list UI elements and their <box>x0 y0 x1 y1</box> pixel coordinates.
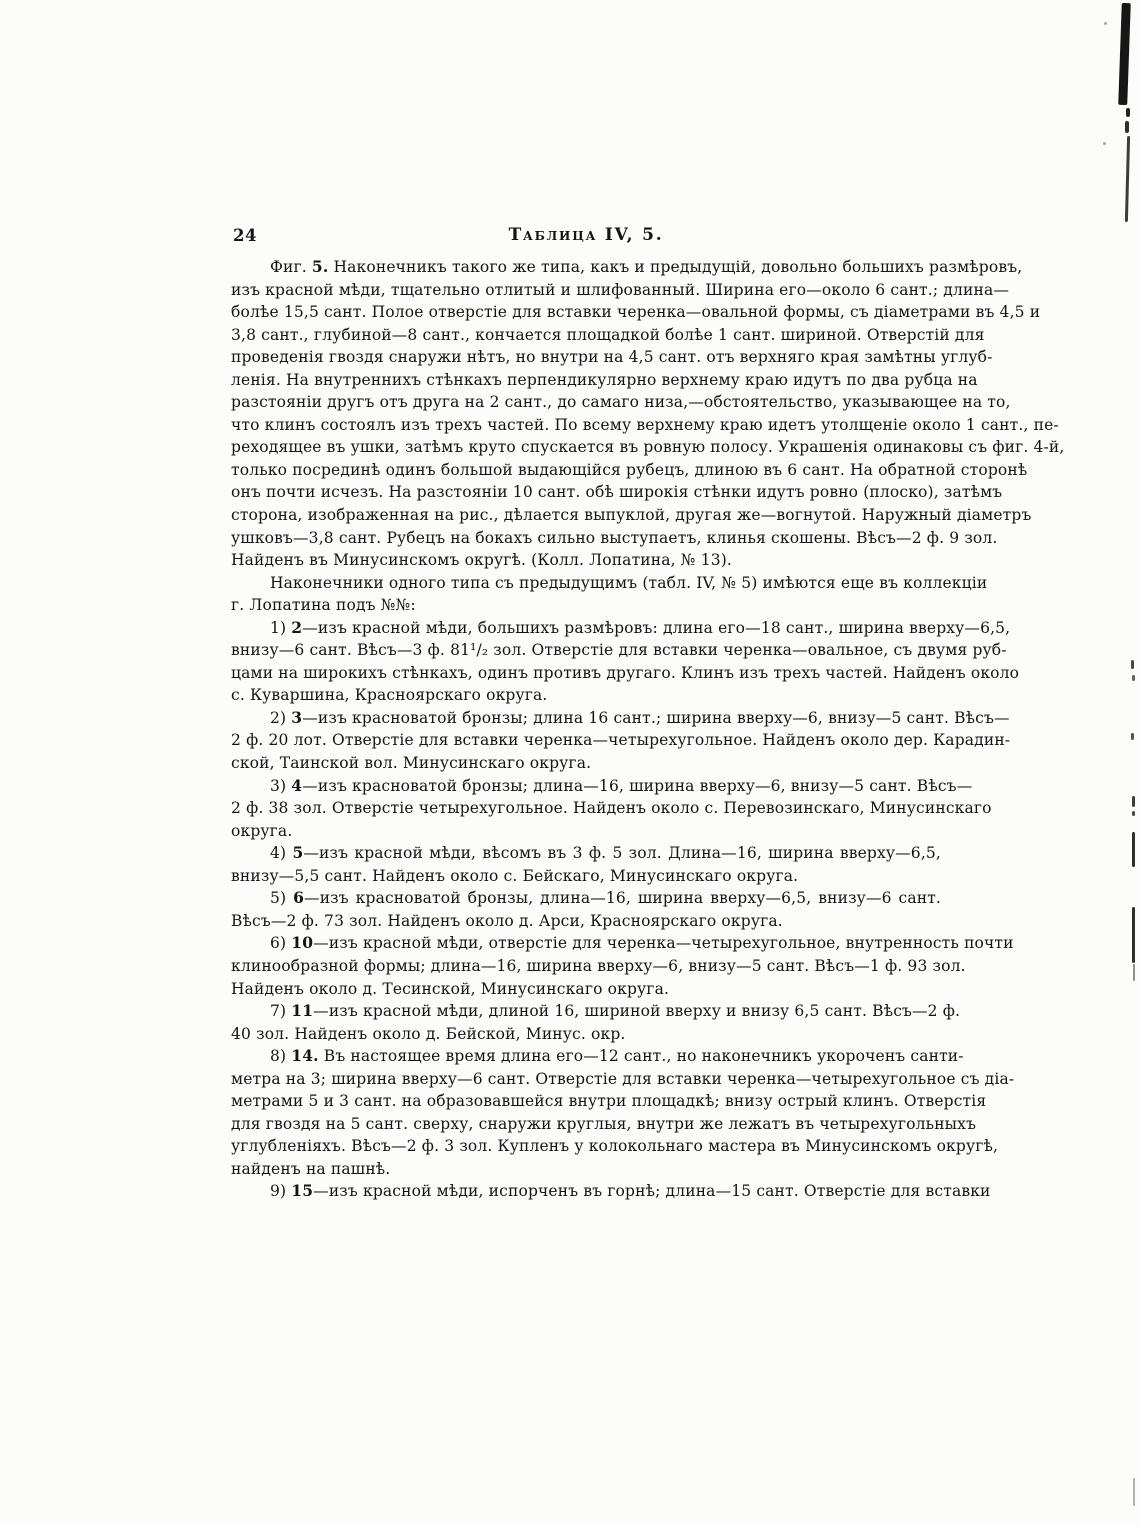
text-line: онъ почти исчезъ. На разстояніи 10 сант.… <box>231 481 941 504</box>
running-header-title: Таблица IV, 5. <box>231 225 941 245</box>
scan-artifact <box>1132 832 1135 867</box>
text-run: Въ настоящее время длина его—12 сант., н… <box>319 1047 964 1065</box>
text-line: болѣе 15,5 сант. Полое отверстіе для вст… <box>231 301 941 324</box>
text-line: 4) 5—изъ красной мѣди, вѣсомъ въ 3 ф. 5 … <box>231 842 941 865</box>
text-run: —изъ красной мѣди, испорченъ въ горнѣ; д… <box>313 1182 990 1200</box>
text-line: Найденъ около д. Тесинской, Минусинскаго… <box>231 978 941 1001</box>
text-run: реходящее въ ушки, затѣмъ круто спускает… <box>231 438 1064 456</box>
paragraph: 4) 5—изъ красной мѣди, вѣсомъ въ 3 ф. 5 … <box>231 842 941 887</box>
text-line: 40 зол. Найденъ около д. Бейской, Минус.… <box>231 1023 941 1046</box>
figure-number: 11 <box>291 1001 313 1020</box>
text-run: Фиг. <box>270 258 312 276</box>
scan-artifact <box>1104 22 1107 25</box>
text-line: 2) 3—изъ красноватой бронзы; длина 16 са… <box>231 707 941 730</box>
text-run: 9) <box>270 1182 291 1200</box>
scan-artifact <box>1133 1478 1135 1506</box>
scan-artifact <box>1132 907 1135 963</box>
scan-artifact <box>1131 733 1134 740</box>
text-line: Наконечники одного типа съ предыдущимъ (… <box>231 572 941 595</box>
figure-number: 2 <box>291 618 302 637</box>
text-run: изъ красной мѣди, тщательно отлитый и шл… <box>231 281 1009 299</box>
text-run: 5) <box>270 889 293 907</box>
text-line: метрами 5 и 3 сант. на образовавшейся вн… <box>231 1090 941 1113</box>
text-line: Фиг. 5. Наконечникъ такого же типа, какъ… <box>231 256 941 279</box>
text-run: Наконечникъ такого же типа, какъ и преды… <box>328 258 1022 276</box>
scan-artifact <box>1125 121 1129 133</box>
text-run: 7) <box>270 1002 291 1020</box>
text-line: 3) 4—изъ красноватой бронзы; длина—16, ш… <box>231 775 941 798</box>
text-run: —изъ красноватой бронзы, длина—16, ширин… <box>304 889 941 907</box>
text-line: сторона, изображенная на рис., дѣлается … <box>231 504 941 527</box>
text-run: —изъ красной мѣди, отверстіе для черенка… <box>313 934 1013 952</box>
text-run: Найденъ около д. Тесинской, Минусинскаго… <box>231 980 669 998</box>
text-run: метрами 5 и 3 сант. на образовавшейся вн… <box>231 1092 986 1110</box>
text-line: клинообразной формы; длина—16, ширина вв… <box>231 955 941 978</box>
text-run: —изъ красной мѣди, вѣсомъ въ 3 ф. 5 зол.… <box>303 844 941 862</box>
paragraph: 3) 4—изъ красноватой бронзы; длина—16, ш… <box>231 775 941 843</box>
text-line: округа. <box>231 820 941 843</box>
text-line: Вѣсъ—2 ф. 73 зол. Найденъ около д. Арси,… <box>231 910 941 933</box>
text-line: реходящее въ ушки, затѣмъ круто спускает… <box>231 436 941 459</box>
text-run: проведенія гвоздя снаружи нѣтъ, но внутр… <box>231 348 993 366</box>
text-line: внизу—5,5 сант. Найденъ около с. Бейскаг… <box>231 865 941 888</box>
paragraph: 1) 2—изъ красной мѣди, большихъ размѣров… <box>231 617 941 707</box>
scan-artifact <box>1132 796 1135 807</box>
text-run: ушковъ—3,8 сант. Рубецъ на бокахъ сильно… <box>231 529 997 547</box>
text-line: 9) 15—изъ красной мѣди, испорченъ въ гор… <box>231 1180 941 1203</box>
text-run: клинообразной формы; длина—16, ширина вв… <box>231 957 966 975</box>
text-run: метра на 3; ширина вверху—6 сант. Отверс… <box>231 1070 1014 1088</box>
text-line: проведенія гвоздя снаружи нѣтъ, но внутр… <box>231 346 941 369</box>
text-line: 7) 11—изъ красной мѣди, длиной 16, ширин… <box>231 1000 941 1023</box>
scan-artifact <box>1103 142 1106 145</box>
text-run: онъ почти исчезъ. На разстояніи 10 сант.… <box>231 483 1002 501</box>
text-run: 3,8 сант., глубиной—8 сант., кончается п… <box>231 326 985 344</box>
text-line: с. Куваршина, Красноярскаго округа. <box>231 684 941 707</box>
text-line: разстояніи другъ отъ друга на 2 сант., д… <box>231 391 941 414</box>
figure-number: 14. <box>291 1046 318 1065</box>
text-line: 3,8 сант., глубиной—8 сант., кончается п… <box>231 324 941 347</box>
text-run: 2) <box>270 709 291 727</box>
scan-artifact <box>1132 811 1135 816</box>
paragraph: 5) 6—изъ красноватой бронзы, длина—16, ш… <box>231 887 941 932</box>
text-run: округа. <box>231 822 292 840</box>
scan-artifact <box>1118 3 1131 105</box>
text-run: сторона, изображенная на рис., дѣлается … <box>231 506 1031 524</box>
figure-number: 15 <box>291 1181 313 1200</box>
text-run: —изъ красной мѣди, большихъ размѣровъ: д… <box>302 619 1010 637</box>
paragraph: 6) 10—изъ красной мѣди, отверстіе для че… <box>231 932 941 1000</box>
text-run: внизу—5,5 сант. Найденъ около с. Бейскаг… <box>231 867 798 885</box>
text-run: Наконечники одного типа съ предыдущимъ (… <box>270 574 987 592</box>
figure-number: 5 <box>292 843 303 862</box>
text-run: 6) <box>270 934 291 952</box>
text-line: 1) 2—изъ красной мѣди, большихъ размѣров… <box>231 617 941 640</box>
paragraph: Наконечники одного типа съ предыдущимъ (… <box>231 572 941 617</box>
text-run: 8) <box>270 1047 291 1065</box>
text-run: ленія. На внутреннихъ стѣнкахъ перпендик… <box>231 371 978 389</box>
text-line: найденъ на пашнѣ. <box>231 1158 941 1181</box>
text-run: —изъ красноватой бронзы; длина 16 сант.;… <box>302 709 1009 727</box>
text-line: Найденъ въ Минусинскомъ округѣ. (Колл. Л… <box>231 549 941 572</box>
text-line: для гвоздя на 5 сант. сверху, снаружи кр… <box>231 1113 941 1136</box>
paragraph: 8) 14. Въ настоящее время длина его—12 с… <box>231 1045 941 1180</box>
text-line: г. Лопатина подъ №№: <box>231 594 941 617</box>
text-line: 5) 6—изъ красноватой бронзы, длина—16, ш… <box>231 887 941 910</box>
text-run: 2 ф. 38 зол. Отверстіе четырехугольное. … <box>231 799 992 817</box>
text-line: ленія. На внутреннихъ стѣнкахъ перпендик… <box>231 369 941 392</box>
text-run: углубленіяхъ. Вѣсъ—2 ф. 3 зол. Купленъ у… <box>231 1137 998 1155</box>
text-run: 3) <box>270 777 291 795</box>
text-line: что клинъ состоялъ изъ трехъ частей. По … <box>231 414 941 437</box>
figure-number: 10 <box>291 933 313 952</box>
text-line: 2 ф. 20 лот. Отверстіе для вставки черен… <box>231 729 941 752</box>
text-line: ской, Таинской вол. Минусинскаго округа. <box>231 752 941 775</box>
text-run: что клинъ состоялъ изъ трехъ частей. По … <box>231 416 1059 434</box>
text-run: разстояніи другъ отъ друга на 2 сант., д… <box>231 393 1011 411</box>
text-run: цами на широкихъ стѣнкахъ, одинъ противъ… <box>231 664 1019 682</box>
text-line: 8) 14. Въ настоящее время длина его—12 с… <box>231 1045 941 1068</box>
scanned-book-page: 24 Таблица IV, 5. Фиг. 5. Наконечникъ та… <box>0 0 1140 1526</box>
text-run: найденъ на пашнѣ. <box>231 1160 390 1178</box>
text-run: Найденъ въ Минусинскомъ округѣ. (Колл. Л… <box>231 551 732 569</box>
text-run: 2 ф. 20 лот. Отверстіе для вставки черен… <box>231 731 1010 749</box>
paragraph: Фиг. 5. Наконечникъ такого же типа, какъ… <box>231 256 941 572</box>
scan-artifact <box>1131 660 1134 669</box>
scan-artifact <box>1132 675 1135 681</box>
text-run: 1) <box>270 619 291 637</box>
text-run: 40 зол. Найденъ около д. Бейской, Минус.… <box>231 1025 626 1043</box>
figure-number: 4 <box>291 776 302 795</box>
figure-number: 3 <box>291 708 302 727</box>
text-line: только посрединѣ одинъ большой выдающійс… <box>231 459 941 482</box>
text-line: цами на широкихъ стѣнкахъ, одинъ противъ… <box>231 662 941 685</box>
figure-number: 5. <box>312 257 328 276</box>
scan-artifact <box>1125 136 1130 222</box>
text-run: для гвоздя на 5 сант. сверху, снаружи кр… <box>231 1115 976 1133</box>
text-run: Вѣсъ—2 ф. 73 зол. Найденъ около д. Арси,… <box>231 912 783 930</box>
scan-artifact <box>1133 964 1135 981</box>
text-run: внизу—6 сант. Вѣсъ—3 ф. 81¹/₂ зол. Отвер… <box>231 641 1007 659</box>
text-line: метра на 3; ширина вверху—6 сант. Отверс… <box>231 1068 941 1091</box>
figure-number: 6 <box>293 888 304 907</box>
text-line: 6) 10—изъ красной мѣди, отверстіе для че… <box>231 932 941 955</box>
text-run: —изъ красноватой бронзы; длина—16, ширин… <box>302 777 972 795</box>
text-line: внизу—6 сант. Вѣсъ—3 ф. 81¹/₂ зол. Отвер… <box>231 639 941 662</box>
text-run: г. Лопатина подъ №№: <box>231 596 416 614</box>
text-line: ушковъ—3,8 сант. Рубецъ на бокахъ сильно… <box>231 527 941 550</box>
text-run: —изъ красной мѣди, длиной 16, шириной вв… <box>313 1002 960 1020</box>
text-run: болѣе 15,5 сант. Полое отверстіе для вст… <box>231 303 1040 321</box>
scan-artifact <box>1126 108 1130 117</box>
text-run: ской, Таинской вол. Минусинскаго округа. <box>231 754 591 772</box>
text-line: изъ красной мѣди, тщательно отлитый и шл… <box>231 279 941 302</box>
text-run: с. Куваршина, Красноярскаго округа. <box>231 686 548 704</box>
text-run: только посрединѣ одинъ большой выдающійс… <box>231 461 1027 479</box>
text-line: 2 ф. 38 зол. Отверстіе четырехугольное. … <box>231 797 941 820</box>
paragraph: 7) 11—изъ красной мѣди, длиной 16, ширин… <box>231 1000 941 1045</box>
paragraph: 9) 15—изъ красной мѣди, испорченъ въ гор… <box>231 1180 941 1203</box>
text-line: углубленіяхъ. Вѣсъ—2 ф. 3 зол. Купленъ у… <box>231 1135 941 1158</box>
paragraph: 2) 3—изъ красноватой бронзы; длина 16 са… <box>231 707 941 775</box>
page-body: Фиг. 5. Наконечникъ такого же типа, какъ… <box>231 256 941 1203</box>
text-run: 4) <box>270 844 292 862</box>
